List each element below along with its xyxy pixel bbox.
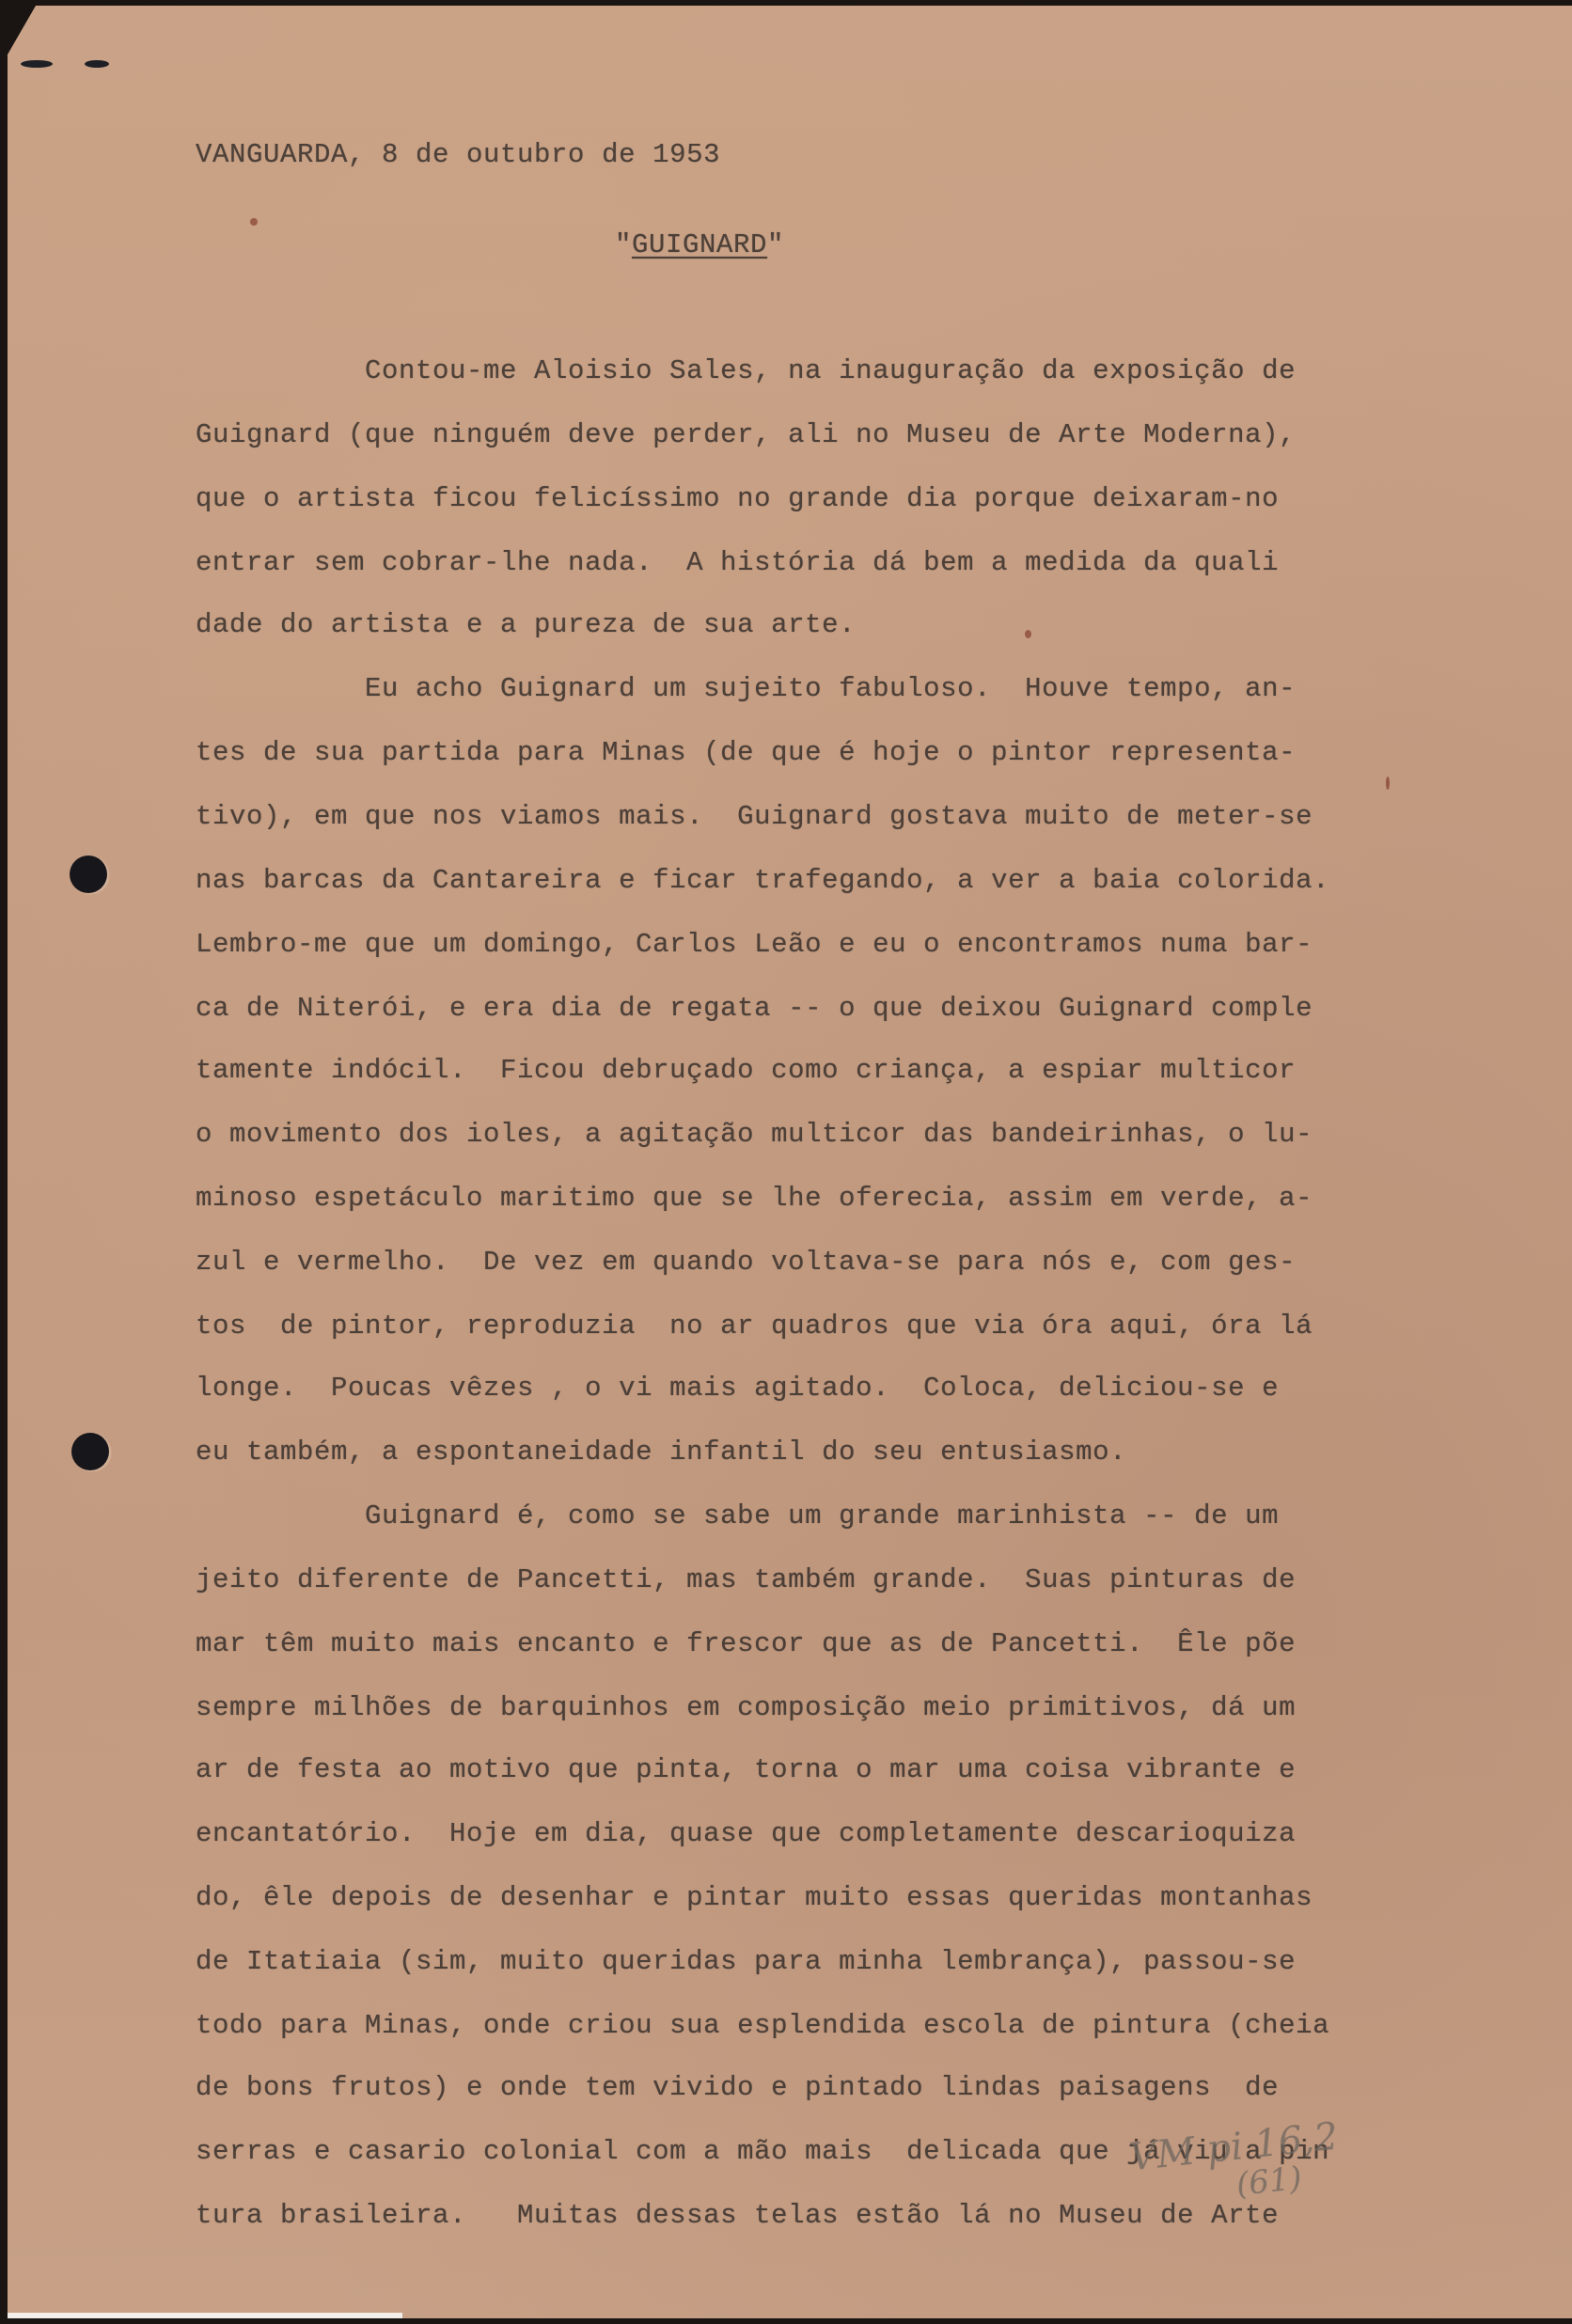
newspaper-dateline: VANGUARDA, 8 de outubro de 1953 [196,139,720,170]
text-line: entrar sem cobrar-lhe nada. A história d… [196,547,1279,578]
text-line: jeito diferente de Pancetti, mas também … [196,1564,1296,1595]
title-text: GUIGNARD [632,229,767,260]
text-line: Guignard (que ninguém deve perder, ali n… [196,419,1296,450]
paper-speck [1386,777,1390,790]
punch-hole-icon [71,1433,109,1470]
text-line: tivo), em que nos viamos mais. Guignard … [196,801,1313,832]
title-quote-open: " [615,229,632,260]
text-line: nas barcas da Cantareira e ficar trafega… [196,865,1329,896]
text-line: Guignard é, como se sabe um grande marin… [196,1500,1279,1531]
text-line: todo para Minas, onde criou sua esplendi… [196,2010,1329,2041]
text-line: Contou-me Aloisio Sales, na inauguração … [196,355,1296,386]
text-line: tos de pintor, reproduzia no ar quadros … [196,1311,1313,1342]
text-line: o movimento dos ioles, a agitação multic… [196,1119,1313,1150]
paper-speck [1025,630,1031,638]
text-line: Lembro-me que um domingo, Carlos Leão e … [196,929,1313,960]
text-line: dade do artista e a pureza de sua arte. [196,609,856,640]
text-line: eu também, a espontaneidade infantil do … [196,1437,1126,1468]
text-line: ca de Niterói, e era dia de regata -- o … [196,993,1313,1024]
ink-smudge-mark [13,60,107,71]
article-title: "GUIGNARD" [615,229,784,260]
text-line: mar têm muito mais encanto e frescor que… [196,1628,1296,1659]
text-line: de bons frutos) e onde tem vivido e pint… [196,2072,1279,2103]
text-line: ar de festa ao motivo que pinta, torna o… [196,1754,1296,1785]
text-line: Eu acho Guignard um sujeito fabuloso. Ho… [196,673,1296,704]
title-quote-close: " [767,229,784,260]
handwritten-annotation: VM pi 16,2 (61) [1127,2118,1344,2215]
text-line: zul e vermelho. De vez em quando voltava… [196,1247,1296,1278]
text-line: longe. Poucas vêzes , o vi mais agitado.… [196,1373,1279,1404]
text-line: do, êle depois de desenhar e pintar muit… [196,1882,1313,1913]
paper-speck [250,218,258,226]
text-line: tes de sua partida para Minas (de que é … [196,737,1296,768]
torn-corner [8,6,36,55]
scan-edge [8,2313,402,2318]
document-page: VANGUARDA, 8 de outubro de 1953 "GUIGNAR… [8,6,1572,2318]
text-line: tura brasileira. Muitas dessas telas est… [196,2200,1279,2231]
text-line: encantatório. Hoje em dia, quase que com… [196,1818,1296,1849]
text-line: tamente indócil. Ficou debruçado como cr… [196,1055,1296,1086]
text-line: que o artista ficou felicíssimo no grand… [196,483,1279,514]
text-line: minoso espetáculo maritimo que se lhe of… [196,1183,1313,1214]
text-line: sempre milhões de barquinhos em composiç… [196,1692,1296,1723]
punch-hole-icon [70,856,107,893]
text-line: de Itatiaia (sim, muito queridas para mi… [196,1946,1296,1977]
